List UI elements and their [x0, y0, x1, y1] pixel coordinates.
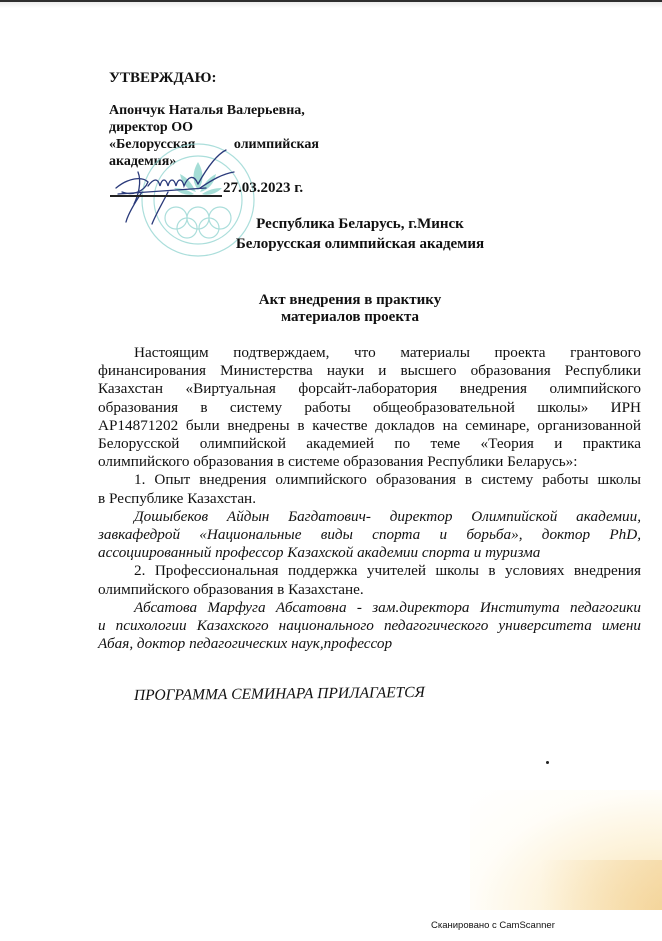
paragraph-line: образования в систему работы общеобразов… [98, 399, 641, 417]
scan-top-shadow [0, 2, 662, 8]
approver-position: директор ОО [109, 119, 319, 136]
paragraph-line: Казахстан «Виртуальная форсайт-лаборатор… [98, 380, 641, 398]
speaker1-line: Дошыбеков Айдын Багдатович- директор Оли… [98, 508, 641, 526]
item1-line: в Республике Казахстан. [98, 490, 641, 508]
paper-stain-corner [540, 860, 662, 910]
speaker2-line: Абсатова Марфуга Абсатовна - зам.директо… [98, 599, 641, 617]
item1-line: 1. Опыт внедрения олимпийского образован… [98, 471, 641, 489]
approval-date: 27.03.2023 г. [223, 180, 303, 197]
place-country-city: Республика Беларусь, г.Минск [230, 214, 490, 234]
item2-line: олимпийского образования в Казахстане. [98, 581, 641, 599]
approver-name: Апончук Наталья Валерьевна, [109, 102, 319, 119]
paragraph-line: олимпийского образования в системе образ… [98, 453, 641, 471]
document-title-line1: Акт внедрения в практику [180, 292, 520, 309]
speaker1-line: ассоциированный профессор Казахской акад… [98, 544, 641, 562]
place-block: Республика Беларусь, г.Минск Белорусская… [230, 214, 490, 254]
document-title-line2: материалов проекта [180, 309, 520, 326]
speaker1-line: завкафедрой «Национальные виды спорта и … [98, 526, 641, 544]
ink-dot [546, 761, 549, 764]
signature-line [110, 195, 222, 197]
place-organization: Белорусская олимпийская академия [230, 234, 490, 254]
paragraph-line: финансирования Министерства науки и высш… [98, 362, 641, 380]
paragraph-line: Настоящим подтверждаем, что материалы пр… [98, 344, 641, 362]
paragraph-line: Белорусской олимпийской академией по тем… [98, 435, 641, 453]
document-title: Акт внедрения в практику материалов прое… [180, 292, 520, 326]
speaker2-line: и психологии Казахского национального пе… [98, 617, 641, 635]
speaker2-line: Абая, доктор педагогических наук,професс… [98, 635, 641, 653]
approval-title: УТВЕРЖДАЮ: [109, 70, 217, 87]
attachment-note: ПРОГРАММА СЕМИНАРА ПРИЛАГАЕТСЯ [134, 684, 425, 705]
item2-line: 2. Профессиональная поддержка учителей ш… [98, 562, 641, 580]
camscanner-watermark: Сканировано с CamScanner [431, 920, 555, 931]
document-body: Настоящим подтверждаем, что материалы пр… [98, 344, 641, 653]
paragraph-line: АР14871202 были внедрены в качестве докл… [98, 417, 641, 435]
